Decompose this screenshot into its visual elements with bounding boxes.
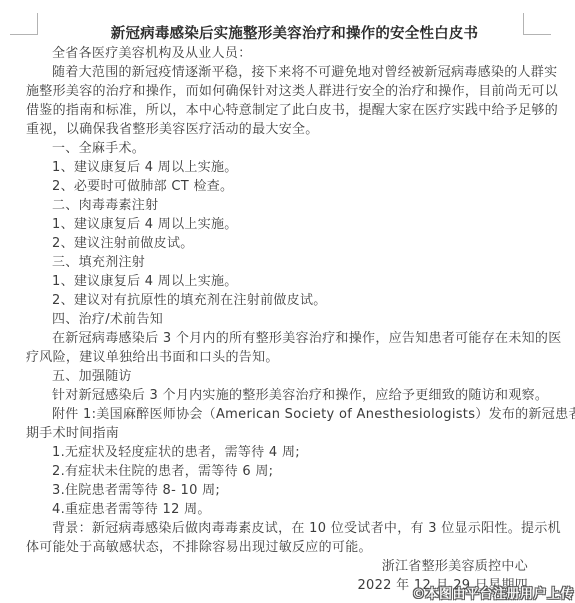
- document-line: 背景：新冠病毒感染后做肉毒毒素皮试，在 10 位受试者中，有 3 位显示阳性。提…: [26, 519, 563, 538]
- document-line: 4.重症患者需等待 12 周。: [26, 500, 563, 519]
- document-line: 针对新冠感染后 3 个月内实施的整形美容治疗和操作，应给予更细致的随访和观察。: [26, 386, 563, 405]
- document-line: 施整形美容的治疗和操作，而如何确保针对这类人群进行安全的治疗和操作，目前尚无可以: [26, 82, 563, 101]
- document-page: 新冠病毒感染后实施整形美容治疗和操作的安全性白皮书 全省各医疗美容机构及从业人员…: [0, 0, 575, 603]
- document-line: 全省各医疗美容机构及从业人员：: [26, 44, 563, 63]
- document-line: 1、建议康复后 4 周以上实施。: [26, 215, 563, 234]
- document-line: 五、加强随访: [26, 367, 563, 386]
- document-line: 随着大范围的新冠疫情逐渐平稳，接下来将不可避免地对曾经被新冠病毒感染的人群实: [26, 63, 563, 82]
- document-line: 借鉴的指南和标准，所以，本中心特意制定了此白皮书，提醒大家在医疗实践中给予足够的: [26, 101, 563, 120]
- document-line: 一、全麻手术。: [26, 139, 563, 158]
- document-line: 3.住院患者需等待 8- 10 周;: [26, 481, 563, 500]
- document-line: 体可能处于高敏感状态，不排除容易出现过敏反应的可能。: [26, 538, 563, 557]
- document-content: 新冠病毒感染后实施整形美容治疗和操作的安全性白皮书 全省各医疗美容机构及从业人员…: [26, 25, 563, 595]
- document-line: 1.无症状及轻度症状的患者，需等待 4 周;: [26, 443, 563, 462]
- document-line: 四、治疗/术前告知: [26, 310, 563, 329]
- document-line: 浙江省整形美容质控中心: [26, 557, 563, 576]
- document-line: 在新冠病毒感染后 3 个月内的所有整形美容治疗和操作，应告知患者可能存在未知的医: [26, 329, 563, 348]
- document-line: 2、建议对有抗原性的填充剂在注射前做皮试。: [26, 291, 563, 310]
- watermark-text: ©本图由平台注册用户上传: [412, 583, 574, 602]
- document-line: 附件 1:美国麻醉医师协会（American Society of Anesth…: [26, 405, 563, 424]
- document-line: 疗风险，建议单独给出书面和口头的告知。: [26, 348, 563, 367]
- document-body: 全省各医疗美容机构及从业人员：随着大范围的新冠疫情逐渐平稳，接下来将不可避免地对…: [26, 44, 563, 595]
- document-line: 二、肉毒毒素注射: [26, 196, 563, 215]
- document-line: 1、建议康复后 4 周以上实施。: [26, 158, 563, 177]
- document-line: 2、必要时可做肺部 CT 检查。: [26, 177, 563, 196]
- document-line: 期手术时间指南: [26, 424, 563, 443]
- document-line: 2.有症状未住院的患者，需等待 6 周;: [26, 462, 563, 481]
- document-title: 新冠病毒感染后实施整形美容治疗和操作的安全性白皮书: [26, 25, 563, 44]
- document-line: 1、建议康复后 4 周以上实施。: [26, 272, 563, 291]
- document-line: 重视，以确保我省整形美容医疗活动的最大安全。: [26, 120, 563, 139]
- document-line: 三、填充剂注射: [26, 253, 563, 272]
- document-line: 2、建议注射前做皮试。: [26, 234, 563, 253]
